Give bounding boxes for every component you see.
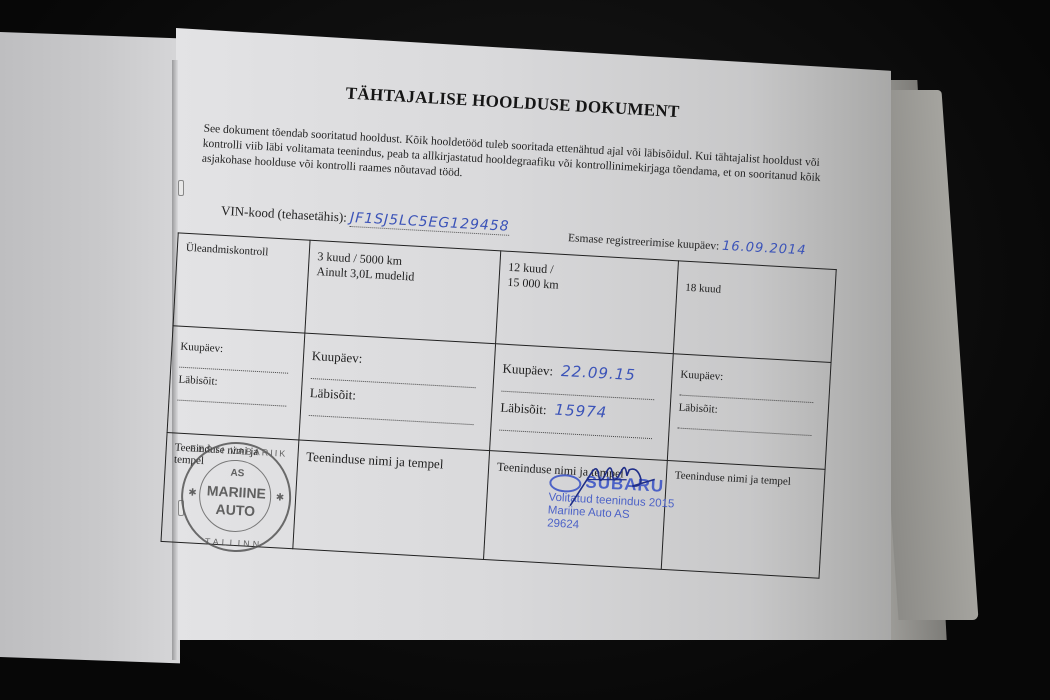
vin-label: VIN-kood (tehasetähis): <box>221 203 348 225</box>
vin-value: JF1SJ5LC5EG129458 <box>350 210 510 236</box>
star-icon: ✱ <box>188 487 197 498</box>
entry-cell: Kuupäev: Läbisõit: <box>667 354 831 470</box>
header-3-months: 3 kuud / 5000 km Ainult 3,0L mudelid <box>305 240 501 344</box>
service-stamp-cell: Teeninduse nimi ja tempel <box>661 461 825 579</box>
vin-field: VIN-kood (tehasetähis): JF1SJ5LC5EG12945… <box>221 203 510 235</box>
registration-field: Esmase registreerimise kuupäev: 16.09.20… <box>568 230 807 258</box>
header-12-months: 12 kuud / 15 000 km <box>495 251 678 354</box>
entry-cell-filled: Kuupäev:22.09.15 Läbisõit:15974 <box>489 344 673 461</box>
document-title: TÄHTAJALISE HOOLDUSE DOKUMENT <box>345 84 680 123</box>
service-document: TÄHTAJALISE HOOLDUSE DOKUMENT See dokume… <box>145 20 893 671</box>
stamp-line: AUTO <box>182 499 289 521</box>
registration-label: Esmase registreerimise kuupäev: <box>568 232 720 252</box>
header-handover: Üleandmiskontroll <box>173 233 310 333</box>
date-label: Kuupäev: <box>502 361 553 379</box>
header-18-months: 18 kuud <box>673 261 836 363</box>
registration-value: 16.09.2014 <box>722 239 807 259</box>
signature <box>565 460 658 515</box>
entry-cell: Kuupäev: Läbisõit: <box>167 326 305 440</box>
mileage-value: 15974 <box>554 401 608 422</box>
entry-cell: Kuupäev: Läbisõit: <box>299 333 496 451</box>
service-stamp-cell: Teeninduse nimi ja tempel <box>293 440 490 559</box>
mileage-label: Läbisõit: <box>500 400 547 418</box>
stamp-bottom-text: TALLINN <box>180 535 286 551</box>
star-icon: ✱ <box>275 492 284 503</box>
intro-text: See dokument tõendab sooritatud hooldust… <box>201 122 843 203</box>
